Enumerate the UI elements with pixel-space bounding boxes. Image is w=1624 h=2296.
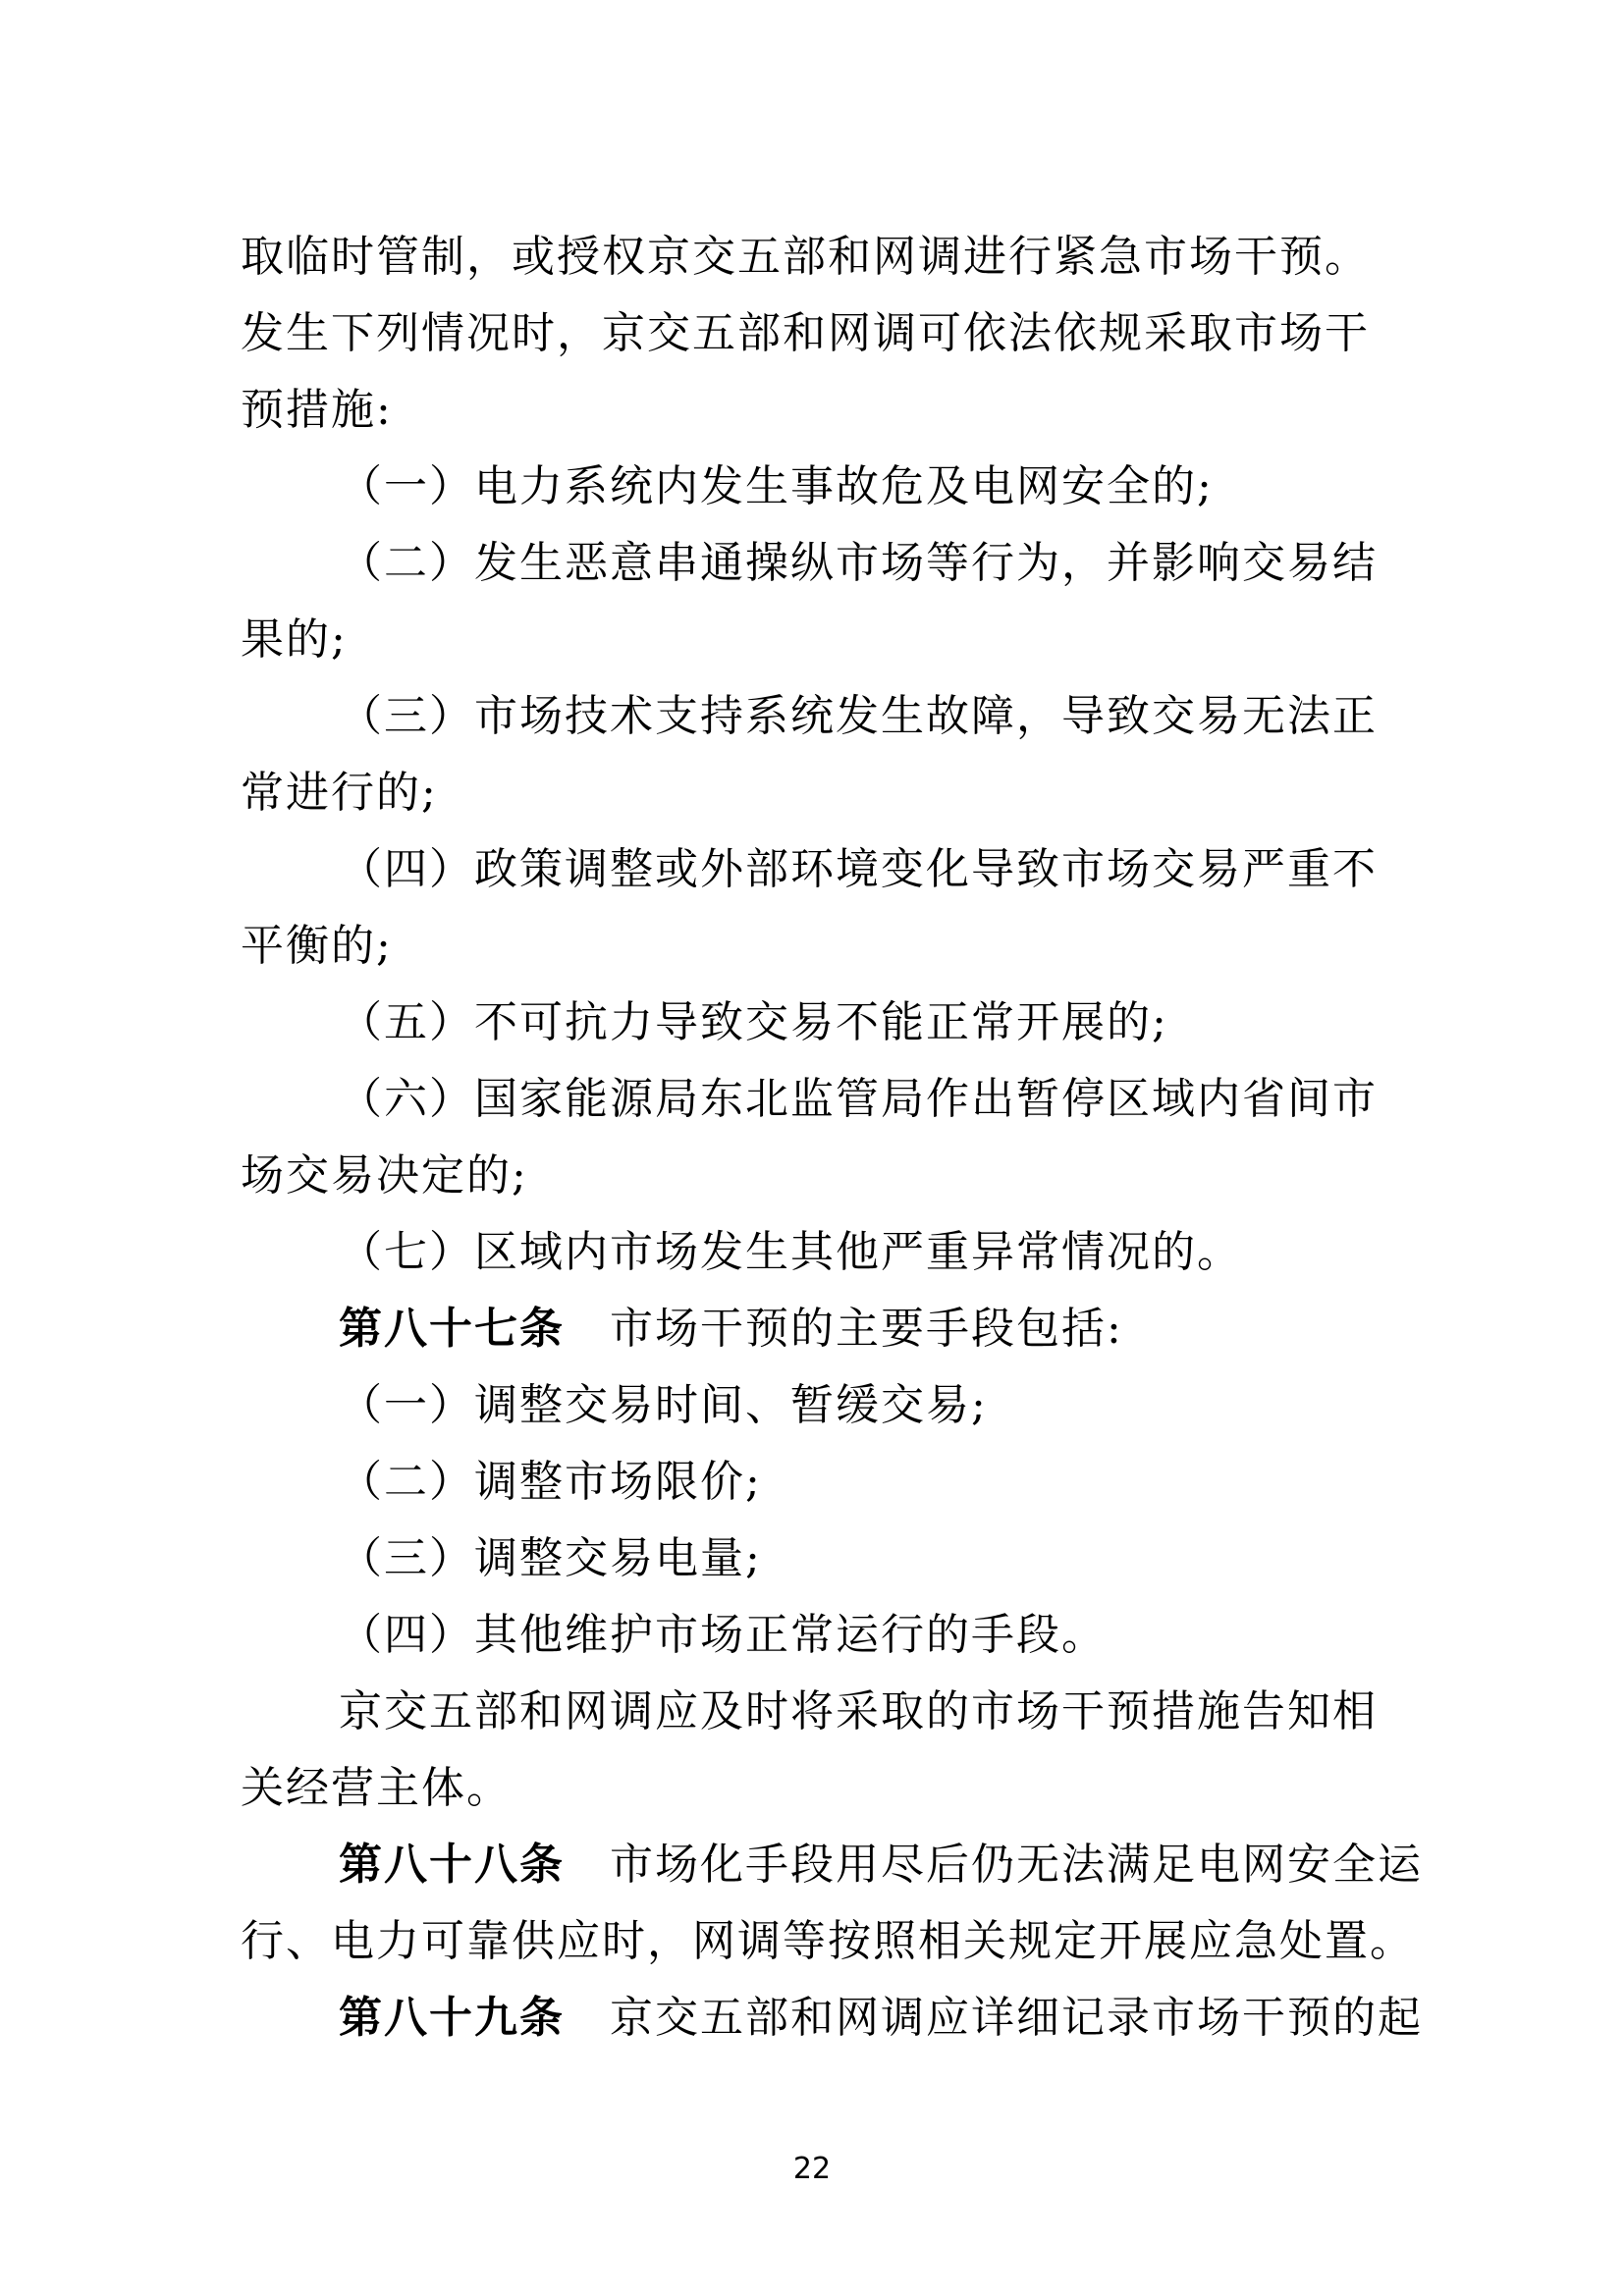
text-segment: （四）政策调整或外部环境变化导致市场交易严重不 — [339, 844, 1378, 894]
text-line: 关经营主体。 — [241, 1750, 1389, 1827]
text-line: 行、电力可靠供应时，网调等按照相关规定开展应急处置。 — [241, 1903, 1389, 1980]
text-segment: （四）其他维护市场正常运行的手段。 — [339, 1610, 1107, 1660]
text-segment: 市场干预的主要手段包括: — [565, 1304, 1123, 1354]
text-line: 场交易决定的; — [241, 1138, 1389, 1214]
text-segment: （二）调整市场限价; — [339, 1457, 762, 1507]
text-segment: 场交易决定的; — [241, 1150, 528, 1201]
text-line: 发生下列情况时，京交五部和网调可依法依规采取市场干 — [241, 295, 1389, 372]
text-line: （三）市场技术支持系统发生故障，导致交易无法正 — [241, 678, 1389, 755]
text-segment: （一）电力系统内发生事故危及电网安全的; — [339, 461, 1214, 511]
text-segment: 取临时管制，或授权京交五部和网调进行紧急市场干预。 — [241, 232, 1370, 282]
text-segment: （一）调整交易时间、暂缓交易; — [339, 1380, 988, 1430]
text-segment: （二）发生恶意串通操纵市场等行为，并影响交易结 — [339, 538, 1378, 588]
text-segment: 京交五部和网调应及时将采取的市场干预措施告知相 — [339, 1686, 1378, 1736]
text-line: 京交五部和网调应及时将采取的市场干预措施告知相 — [241, 1674, 1389, 1750]
text-segment: 预措施: — [241, 385, 393, 435]
text-line: 第八十九条 京交五部和网调应详细记录市场干预的起 — [241, 1980, 1389, 2056]
text-line: （二）调整市场限价; — [241, 1444, 1389, 1521]
text-segment: （三）调整交易电量; — [339, 1533, 762, 1583]
text-line: （四）政策调整或外部环境变化导致市场交易严重不 — [241, 831, 1389, 908]
text-line: （二）发生恶意串通操纵市场等行为，并影响交易结 — [241, 525, 1389, 602]
text-segment: 关经营主体。 — [241, 1763, 512, 1813]
text-segment: （五）不可抗力导致交易不能正常开展的; — [339, 997, 1168, 1047]
text-segment: 市场化手段用尽后仍无法满足电网安全运 — [565, 1840, 1423, 1890]
text-line: （三）调整交易电量; — [241, 1521, 1389, 1597]
document-body: 取临时管制，或授权京交五部和网调进行紧急市场干预。发生下列情况时，京交五部和网调… — [241, 219, 1389, 2056]
article-number: 第八十九条 — [339, 1993, 565, 2043]
text-line: 预措施: — [241, 372, 1389, 449]
text-segment: 京交五部和网调应详细记录市场干预的起 — [565, 1993, 1423, 2043]
text-segment: 发生下列情况时，京交五部和网调可依法依规采取市场干 — [241, 308, 1370, 358]
text-segment: （六）国家能源局东北监管局作出暂停区域内省间市 — [339, 1074, 1378, 1124]
article-number: 第八十七条 — [339, 1304, 565, 1354]
text-segment: 果的; — [241, 614, 348, 665]
text-line: 常进行的; — [241, 755, 1389, 831]
text-segment: 平衡的; — [241, 921, 393, 971]
text-line: 第八十七条 市场干预的主要手段包括: — [241, 1291, 1389, 1367]
text-line: （七）区域内市场发生其他严重异常情况的。 — [241, 1214, 1389, 1291]
text-line: （一）电力系统内发生事故危及电网安全的; — [241, 449, 1389, 525]
text-segment: （七）区域内市场发生其他严重异常情况的。 — [339, 1227, 1242, 1277]
text-line: （四）其他维护市场正常运行的手段。 — [241, 1597, 1389, 1674]
text-line: （六）国家能源局东北监管局作出暂停区域内省间市 — [241, 1061, 1389, 1138]
text-line: 取临时管制，或授权京交五部和网调进行紧急市场干预。 — [241, 219, 1389, 295]
text-segment: 行、电力可靠供应时，网调等按照相关规定开展应急处置。 — [241, 1916, 1415, 1966]
text-segment: 常进行的; — [241, 768, 438, 818]
text-line: 平衡的; — [241, 908, 1389, 985]
document-page: 取临时管制，或授权京交五部和网调进行紧急市场干预。发生下列情况时，京交五部和网调… — [0, 0, 1624, 2296]
text-line: 第八十八条 市场化手段用尽后仍无法满足电网安全运 — [241, 1827, 1389, 1903]
text-line: （五）不可抗力导致交易不能正常开展的; — [241, 985, 1389, 1061]
page-number: 22 — [0, 2152, 1624, 2186]
article-number: 第八十八条 — [339, 1840, 565, 1890]
text-segment: （三）市场技术支持系统发生故障，导致交易无法正 — [339, 691, 1378, 741]
text-line: 果的; — [241, 602, 1389, 678]
text-line: （一）调整交易时间、暂缓交易; — [241, 1367, 1389, 1444]
